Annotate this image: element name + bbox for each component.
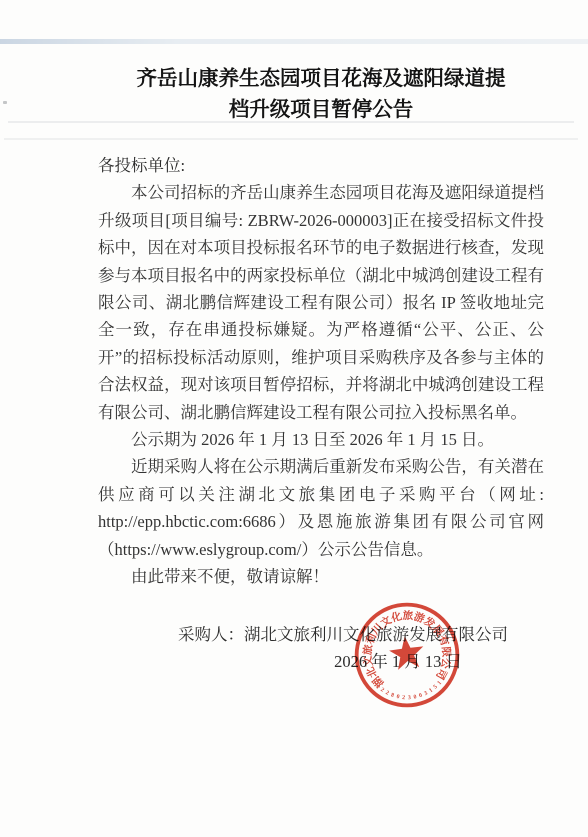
purchaser-name: 采购人：湖北文旅利川文化旅游发展有限公司 — [98, 621, 544, 648]
svg-text:2: 2 — [402, 695, 405, 701]
paragraph-apology: 由此带来不便，敬请谅解！ — [98, 563, 544, 590]
svg-text:5: 5 — [433, 684, 439, 690]
paragraph-publicity-period: 公示期为 2026 年 1 月 13 日至 2026 年 1 月 15 日。 — [98, 426, 544, 453]
paragraph-republish-info: 近期采购人将在公示期满后重新发布采购公告，有关潜在供应商可以关注湖北文旅集团电子… — [98, 453, 544, 563]
svg-text:3: 3 — [423, 690, 428, 697]
svg-text:2: 2 — [384, 690, 389, 697]
scan-artifact-band — [0, 39, 588, 44]
svg-text:0: 0 — [418, 693, 423, 700]
svg-text:3: 3 — [408, 695, 411, 701]
svg-text:1: 1 — [437, 680, 444, 686]
star-icon — [388, 634, 426, 671]
svg-text:1: 1 — [428, 688, 434, 695]
paragraph-suspension-reason: 本公司招标的齐岳山康养生态园项目花海及遮阳绿道提档升级项目[项目编号: ZBRW… — [98, 179, 544, 426]
scan-artifact-speck — [3, 101, 7, 104]
notice-title: 齐岳山康养生态园项目花海及遮阳绿道提档升级项目暂停公告 — [134, 64, 508, 126]
svg-text:8: 8 — [390, 692, 395, 699]
notice-date: 2026 年 1 月 13 日 — [98, 648, 544, 675]
notice-body: 齐岳山康养生态园项目花海及遮阳绿道提档升级项目暂停公告 各投标单位: 本公司招标… — [98, 64, 544, 675]
scanned-notice-page: 齐岳山康养生态园项目花海及遮阳绿道提档升级项目暂停公告 各投标单位: 本公司招标… — [0, 0, 588, 837]
svg-text:0: 0 — [413, 694, 417, 700]
signoff-block: 采购人：湖北文旅利川文化旅游发展有限公司 2026 年 1 月 13 日 — [98, 621, 544, 676]
svg-text:0: 0 — [396, 694, 400, 700]
company-seal: 湖北文旅利川文化旅游发展有限公司 42280230031515 — [350, 598, 464, 712]
salutation: 各投标单位: — [98, 152, 544, 179]
